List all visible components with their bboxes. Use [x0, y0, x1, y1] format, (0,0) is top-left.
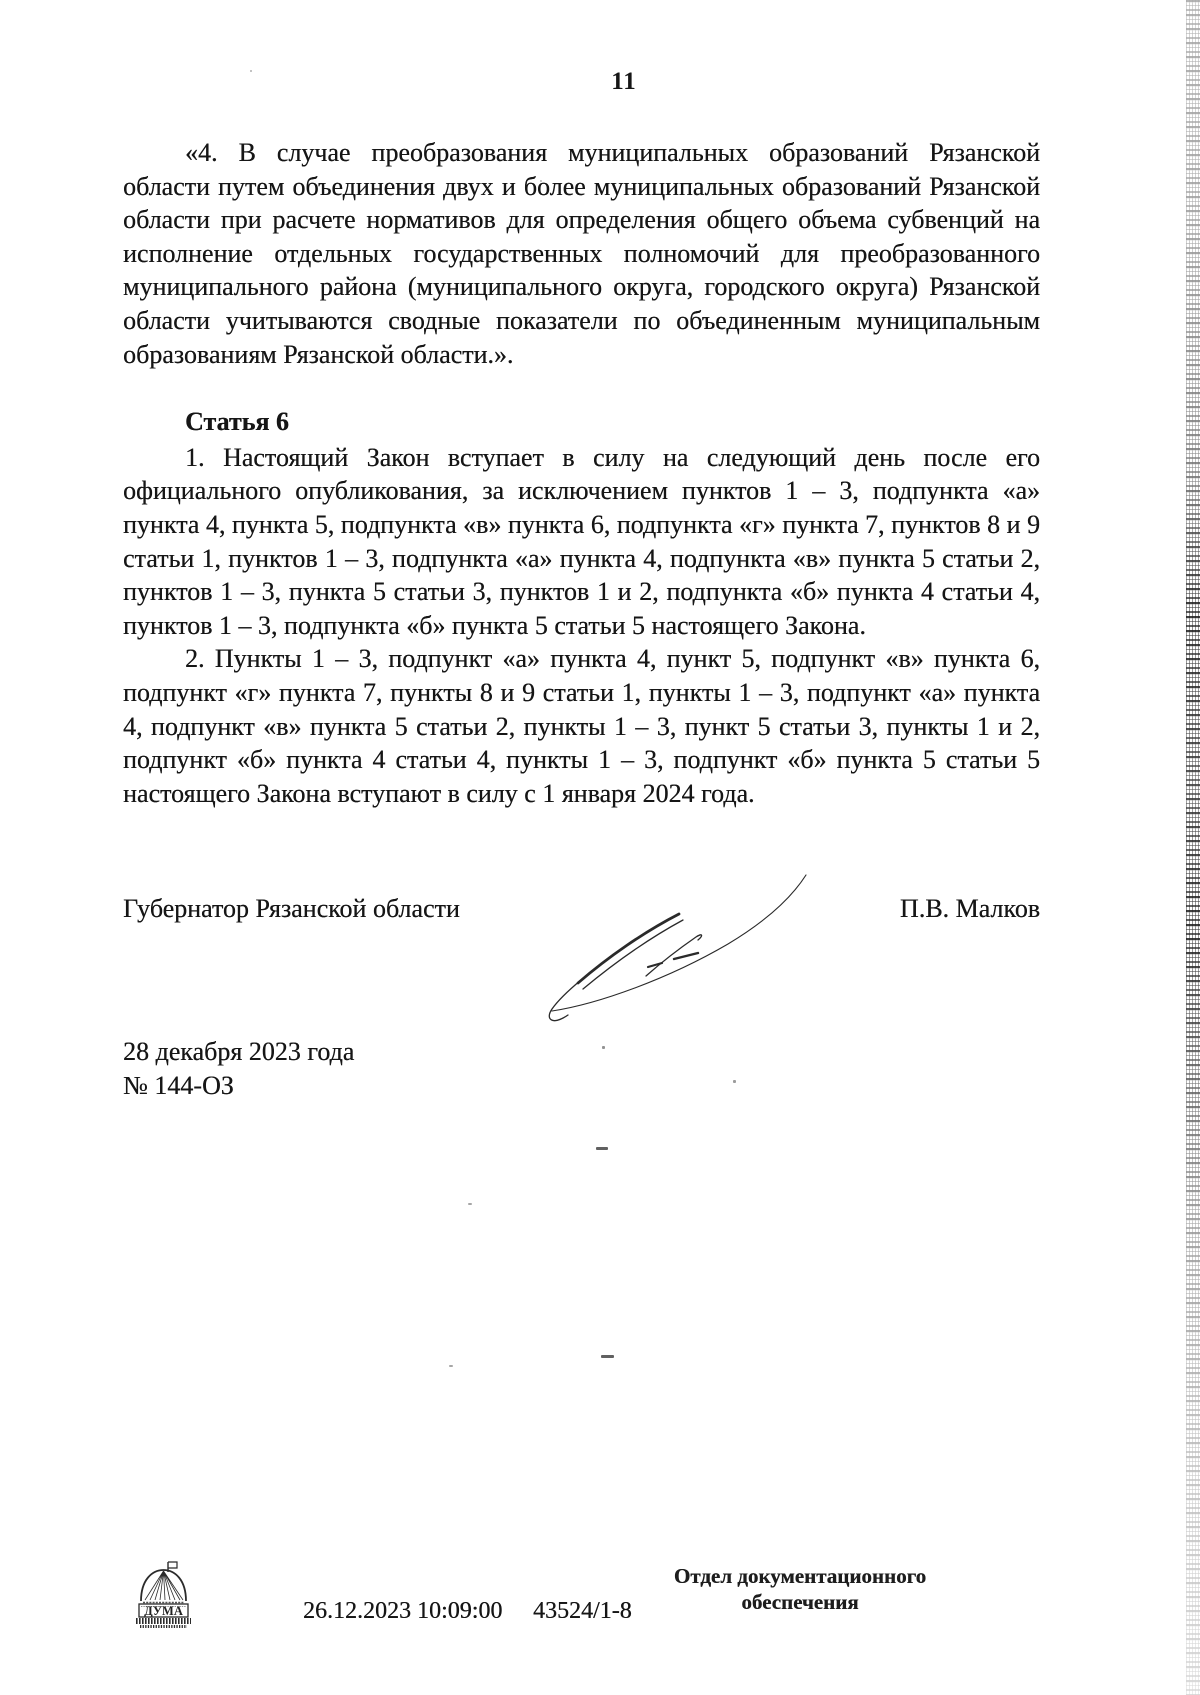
registration-timestamp: 26.12.2023 10:09:00 — [303, 1598, 502, 1625]
registration-number: 43524/1-8 — [533, 1598, 632, 1625]
scan-speck — [250, 70, 252, 72]
date-block: 28 декабря 2023 года № 144-ОЗ — [123, 1035, 354, 1103]
article-6-point-1: 1. Настоящий Закон вступает в силу на сл… — [123, 441, 1040, 643]
duma-stamp-label: ДУМА — [144, 1604, 183, 1618]
scanned-law-page: 11 «4. В случае преобразования муниципал… — [0, 0, 1200, 1695]
signatory-name: П.В. Малков — [900, 892, 1040, 926]
scan-speck — [733, 1080, 736, 1083]
page-number: 11 — [0, 68, 1200, 96]
governor-signature-ink — [538, 843, 810, 1025]
duma-stamp-icon: ДУМА — [131, 1560, 197, 1630]
department-stamp: Отдел документационного обеспечения — [655, 1563, 945, 1615]
scan-speck — [468, 1203, 472, 1205]
scan-speck — [540, 180, 542, 182]
scan-speck — [449, 1365, 453, 1367]
department-line-1: Отдел документационного — [655, 1563, 945, 1589]
scan-artifact-band — [1186, 0, 1200, 1695]
law-date: 28 декабря 2023 года — [123, 1035, 354, 1069]
article-6-heading: Статья 6 — [123, 405, 1040, 439]
signatory-title: Губернатор Рязанской области — [123, 892, 460, 926]
paragraph-quote-4: «4. В случае преобразования муниципальны… — [123, 136, 1040, 371]
department-line-2: обеспечения — [655, 1589, 945, 1615]
article-6-point-2: 2. Пункты 1 – 3, подпункт «а» пункта 4, … — [123, 642, 1040, 810]
law-registration-number: № 144-ОЗ — [123, 1069, 354, 1103]
scan-speck — [602, 1046, 605, 1049]
scan-speck — [596, 1147, 608, 1150]
scan-speck — [601, 1355, 614, 1358]
document-body: «4. В случае преобразования муниципальны… — [123, 136, 1040, 810]
